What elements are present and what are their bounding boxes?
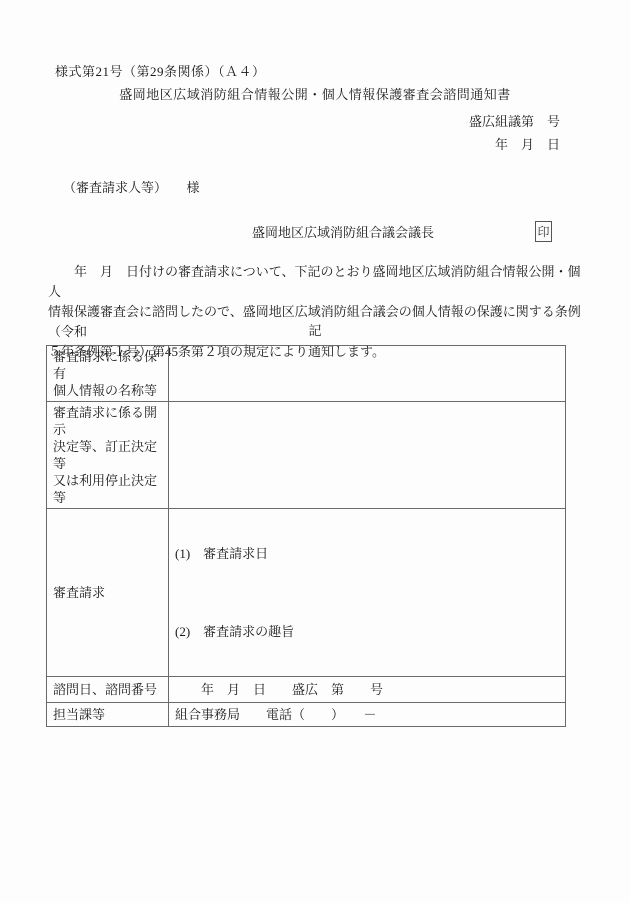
table-row-retained-info: 審査請求に係る保有 個人情報の名称等 [47, 346, 566, 402]
form-number: 様式第21号（第29条関係）（Ａ４） [55, 61, 266, 80]
review-request-purpose-line: (2) 審査請求の趣旨 [175, 623, 561, 640]
row-value-retained-info [169, 346, 566, 402]
date-line: 年 月 日 [495, 134, 560, 153]
document-title: 盛岡地区広域消防組合情報公開・個人情報保護審査会諮問通知書 [0, 84, 630, 103]
row-value-decisions [169, 402, 566, 509]
addressee-line: （審査請求人等） 様 [63, 177, 200, 196]
notice-table: 審査請求に係る保有 個人情報の名称等 審査請求に係る開示 決定等、訂正決定等 又… [46, 345, 566, 727]
row-label-retained-info: 審査請求に係る保有 個人情報の名称等 [47, 346, 169, 402]
table-row-consultation: 諮問日、諮問番号 年 月 日 盛広 第 号 [47, 677, 566, 703]
row-label-review-request: 審査請求 [47, 509, 169, 677]
table-row-department: 担当課等 組合事務局 電話（ ） － [47, 703, 566, 727]
row-value-department: 組合事務局 電話（ ） － [169, 703, 566, 727]
sender-title: 盛岡地区広域消防組合議会議長 [252, 222, 434, 241]
table-row-decisions: 審査請求に係る開示 決定等、訂正決定等 又は利用停止決定等 [47, 402, 566, 509]
table-row-review-request: 審査請求 (1) 審査請求日 (2) 審査請求の趣旨 [47, 509, 566, 677]
row-value-review-request: (1) 審査請求日 (2) 審査請求の趣旨 [169, 509, 566, 677]
ki-heading: 記 [0, 320, 630, 339]
row-value-consultation: 年 月 日 盛広 第 号 [169, 677, 566, 703]
document-number-line: 盛広組議第 号 [469, 111, 560, 130]
row-label-consultation: 諮問日、諮問番号 [47, 677, 169, 703]
document-page: 様式第21号（第29条関係）（Ａ４） 盛岡地区広域消防組合情報公開・個人情報保護… [0, 0, 630, 903]
row-label-decisions: 審査請求に係る開示 決定等、訂正決定等 又は利用停止決定等 [47, 402, 169, 509]
row-label-department: 担当課等 [47, 703, 169, 727]
seal-mark: 印 [535, 221, 552, 242]
sender-row: 盛岡地区広域消防組合議会議長 印 [252, 221, 552, 242]
review-request-date-line: (1) 審査請求日 [175, 545, 561, 562]
body-line-1: 年 月 日付けの審査請求について、下記のとおり盛岡地区広域消防組合情報公開・個人 [48, 262, 590, 302]
